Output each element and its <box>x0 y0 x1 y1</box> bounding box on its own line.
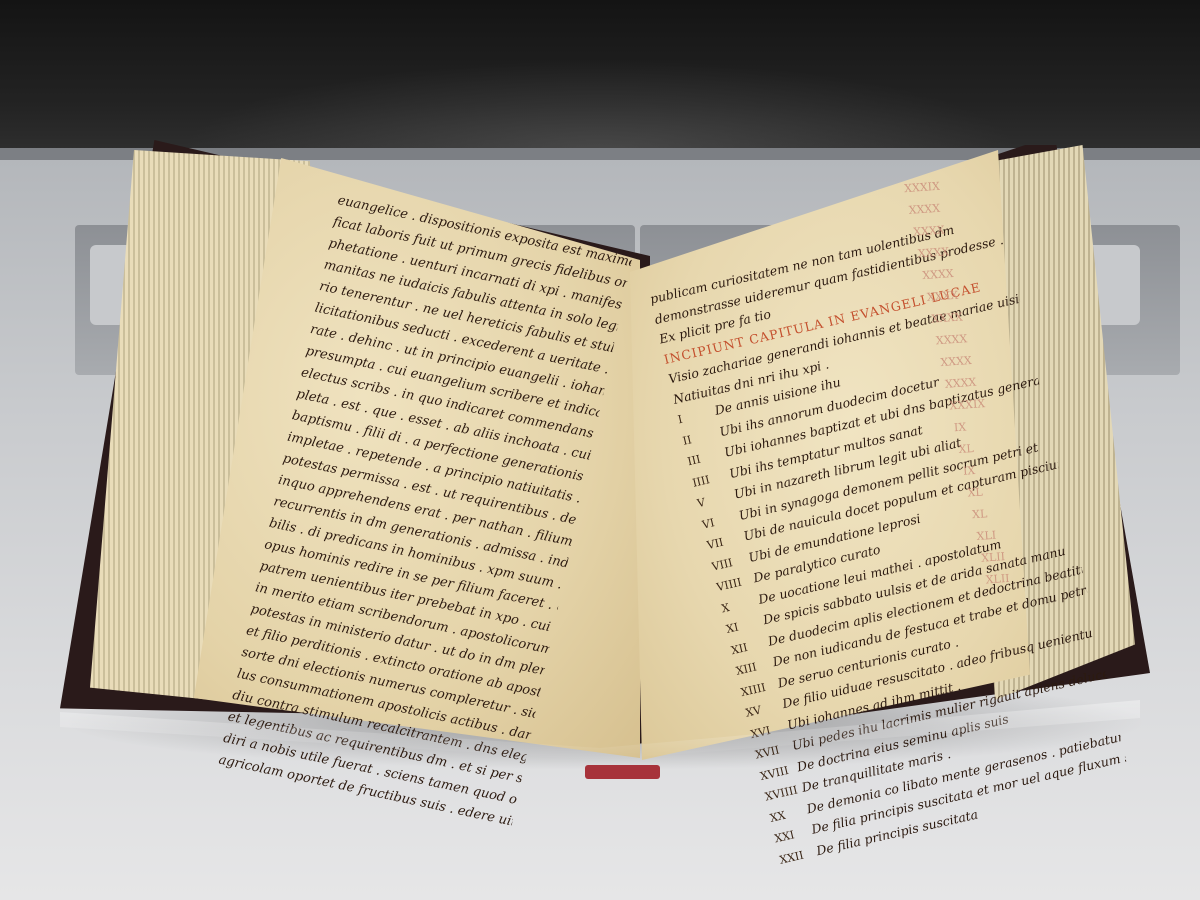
margin-numeral: IX <box>953 414 999 439</box>
spine-headband <box>585 765 660 779</box>
margin-numeral: IX <box>962 458 1002 483</box>
margin-numeral: XLI <box>976 524 1007 548</box>
margin-numeral: XL <box>967 480 1004 504</box>
case-glare <box>180 60 1020 150</box>
margin-numeral: XLII <box>985 568 1010 592</box>
margin-numeral: XL <box>971 502 1005 526</box>
margin-numeral: XL <box>958 436 1001 461</box>
margin-numeral: XLII <box>980 546 1008 570</box>
